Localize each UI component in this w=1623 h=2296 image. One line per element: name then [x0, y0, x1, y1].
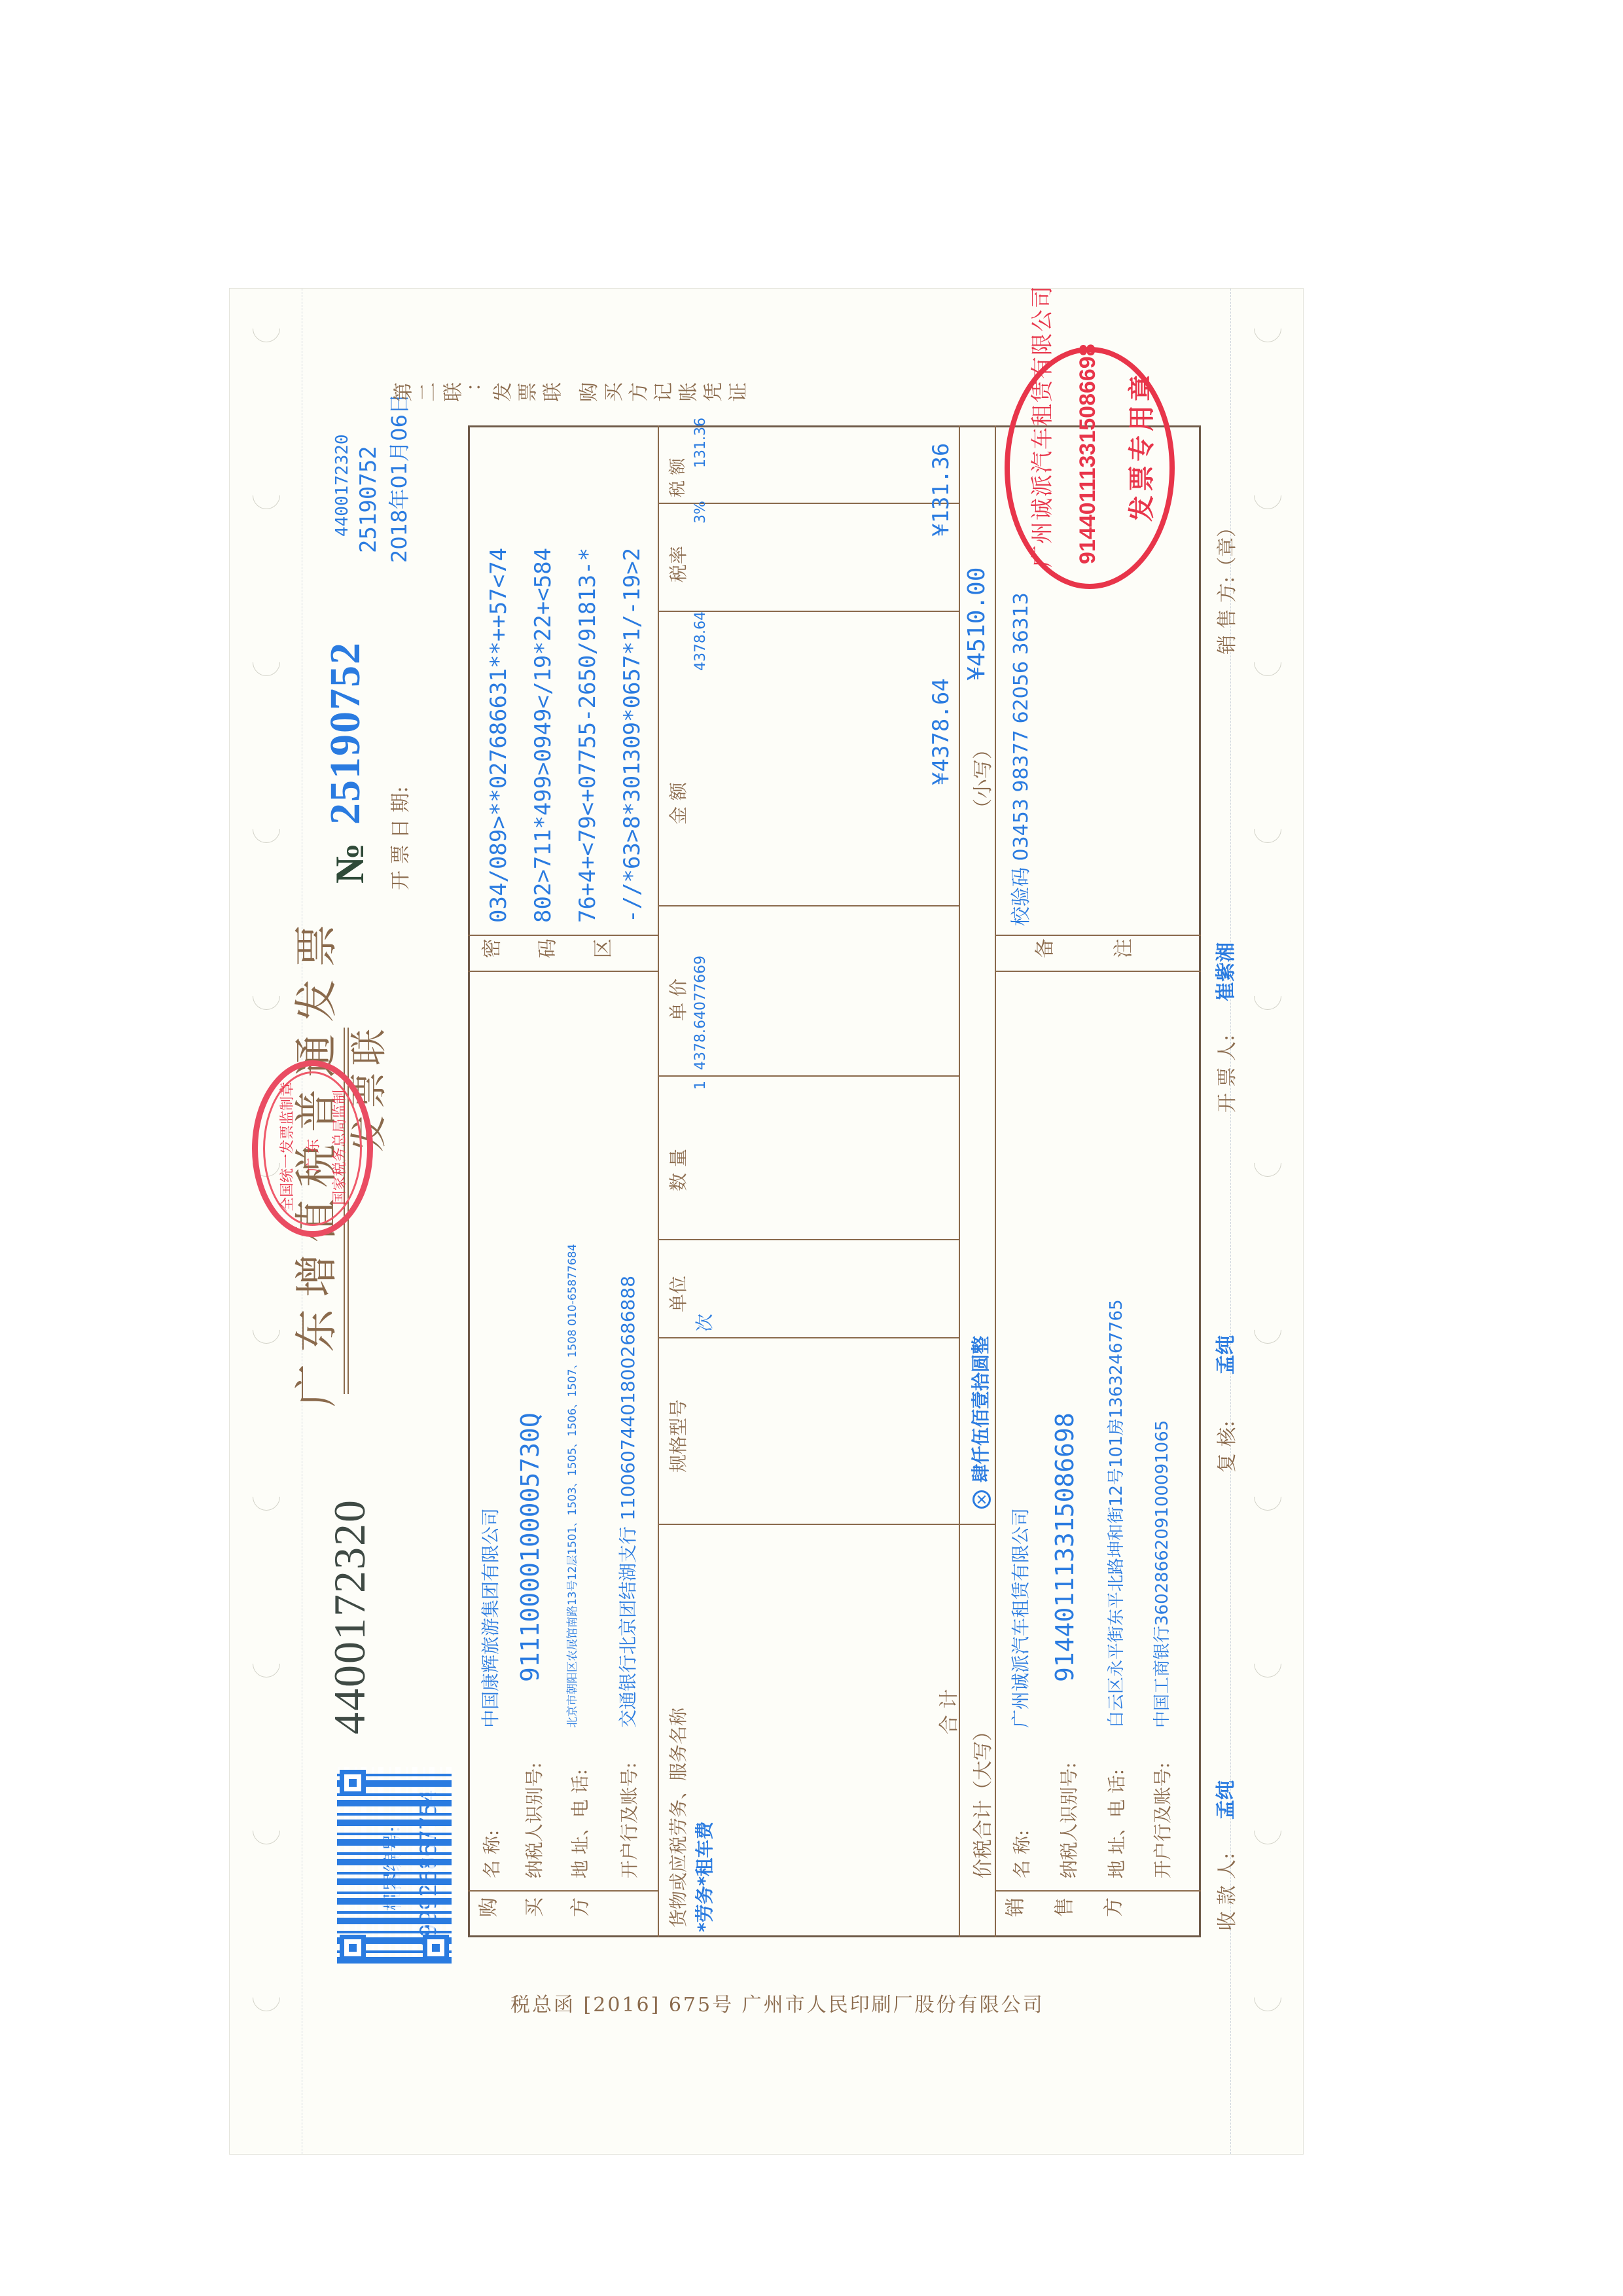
rule-buyer-bottom	[658, 425, 659, 1937]
grand-total-upper-label: 价税合计（大写）	[967, 1721, 995, 1878]
item-unit-price: 4378.64077669	[692, 956, 709, 1070]
seller-seal-bottom: 发票专用章	[1121, 371, 1158, 522]
seller-section-label: 销售方	[1005, 1895, 1152, 1924]
password-line: 802>711*499>0949</19*22+<584	[521, 548, 565, 923]
qr-finder-icon	[340, 1935, 366, 1961]
seller-seal-label: 销 售 方:（章）	[1211, 518, 1240, 655]
item-name: *劳务*租车费	[690, 1821, 717, 1932]
grand-total-lower-label: （小写）	[967, 740, 995, 818]
buyer-bank: 交通银行北京团结湖支行 110060744018002686888	[614, 1276, 640, 1728]
seller-seal-arc: 广州诚派汽车租赁有限公司	[1024, 285, 1056, 567]
rule-col-price	[658, 1075, 959, 1077]
password-line: -//*63>8*301309*0657*1/-19>2	[610, 548, 654, 923]
seller-name: 广州诚派汽车租赁有限公司	[1007, 1508, 1033, 1728]
payee-name: 孟纯	[1209, 1780, 1238, 1820]
printer-credit: 税总函 [2016] 675号 广州市人民印刷厂股份有限公司	[510, 1988, 1044, 2017]
invoice-code: 4400172320	[324, 1499, 376, 1734]
grand-total-upper: ✕肆仟伍佰壹拾圆整	[967, 1336, 993, 1509]
buyer-name: 中国康辉旅游集团有限公司	[476, 1508, 503, 1728]
seller-address: 白云区永平街东平北路坤和街12号101房13632467765	[1103, 1299, 1127, 1728]
invoice-body: 4400172320 机器编号: 499926867754 广东增值税普通发票 …	[229, 288, 1302, 2153]
issue-date-label: 开 票 日 期:	[384, 786, 413, 890]
item-unit: 次	[690, 1314, 717, 1332]
issue-date: 2018年01月06日	[383, 393, 413, 563]
buyer-address-label: 地 址、电 话:	[566, 1769, 592, 1878]
meta-invoice-code: 4400172320	[332, 434, 352, 537]
header-price: 单 价	[664, 978, 690, 1021]
seller-invoice-seal: 广州诚派汽车租赁有限公司 914401113315086698 发票专用章	[1005, 347, 1175, 589]
rule-col-qty	[658, 1239, 959, 1240]
password-line: 034/089>**027686631**++57<74	[476, 548, 521, 923]
seller-name-label: 名 称:	[1008, 1830, 1034, 1878]
check-code: 校验码 03453 98377 62056 36313	[1005, 592, 1033, 926]
rule-col-unit	[658, 1337, 959, 1338]
reviewer-label: 复 核:	[1211, 1420, 1240, 1473]
header-amount: 金 额	[664, 782, 690, 825]
rule-remark-left	[995, 971, 1201, 972]
payee-label: 收 款 人:	[1211, 1853, 1240, 1931]
tax-bureau-stamp-line3: 国家税务总局监制	[329, 1090, 349, 1205]
item-tax-amount: 131.36	[692, 418, 709, 468]
copy-label: 第二联：发票联 购买方记账凭证	[393, 380, 753, 409]
seller-tax-id-label: 纳税人识别号:	[1055, 1763, 1081, 1878]
tax-bureau-stamp-line2: 广 东	[302, 1139, 323, 1172]
rule-password-left	[468, 971, 658, 972]
header-qty: 数 量	[664, 1149, 690, 1191]
item-tax-rate: 3%	[692, 501, 709, 524]
total-label: 合 计	[933, 1689, 961, 1734]
item-qty: 1	[692, 1081, 709, 1090]
header-spec: 规格型号	[664, 1399, 690, 1473]
cross-circle-icon: ✕	[972, 1490, 991, 1509]
tax-bureau-stamp-line1: 全国统一发票监制章	[276, 1082, 296, 1211]
buyer-address: 北京市朝阳区农展馆南路13号12层1501、1503、1505、1506、150…	[566, 975, 579, 1728]
buyer-name-label: 名 称:	[478, 1830, 504, 1878]
issuer-label: 开 票 人:	[1211, 1035, 1240, 1113]
qr-finder-icon	[340, 1770, 366, 1796]
rule-remark-label	[995, 935, 1201, 936]
rule-col-amount	[658, 905, 959, 906]
issuer-name: 崔紫湘	[1209, 942, 1238, 1001]
grand-total-upper-value: 肆仟伍佰壹拾圆整	[970, 1336, 991, 1482]
total-tax: ¥131.36	[928, 443, 954, 537]
rule-password-label	[468, 935, 658, 936]
seller-seal-tax-id: 914401113315086698	[1075, 344, 1101, 564]
total-amount: ¥4378.64	[928, 678, 954, 785]
rule-total-bottom	[995, 425, 996, 1937]
buyer-tax-id-label: 纳税人识别号:	[520, 1763, 546, 1878]
header-item-name: 货物或应税劳务、服务名称	[664, 1708, 690, 1928]
rule-total-split	[959, 1524, 995, 1525]
number-prefix: №	[327, 843, 374, 884]
password-area: 034/089>**027686631**++57<74 802>711*499…	[476, 548, 654, 923]
meta-invoice-number: 25190752	[355, 446, 382, 553]
grand-total-lower: ¥4510.00	[963, 567, 990, 681]
qr-code	[337, 1767, 452, 1964]
seller-bank: 中国工商银行3602866209100091065	[1149, 1420, 1173, 1728]
tax-bureau-stamp: 全国统一发票监制章 广 东 国家税务总局监制	[252, 1060, 373, 1237]
rule-seller-label	[995, 1890, 1201, 1892]
seller-tax-id: 914401113315086698	[1050, 1412, 1079, 1682]
buyer-bank-label: 开户行及账号:	[615, 1763, 641, 1878]
password-line: 76+4+<79<+07755-2650/91813-*	[565, 548, 610, 923]
invoice-number: 25190752	[321, 641, 370, 825]
header-unit: 单位	[664, 1276, 690, 1312]
item-amount: 4378.64	[692, 611, 709, 671]
reviewer-name: 孟纯	[1209, 1335, 1238, 1374]
rule-buyer-label	[468, 1890, 658, 1892]
seller-address-label: 地 址、电 话:	[1103, 1769, 1129, 1878]
buyer-tax-id: 91110000100005730Q	[516, 1412, 544, 1682]
qr-finder-icon	[423, 1935, 449, 1961]
buyer-section-label: 购买方	[478, 1895, 615, 1924]
header-tax: 税 额	[664, 458, 688, 497]
header-rate: 税率	[664, 546, 690, 583]
seller-bank-label: 开户行及账号:	[1149, 1763, 1175, 1878]
remarks-label: 备注	[1034, 937, 1191, 965]
password-area-label: 密码区	[481, 937, 648, 965]
rule-col-spec	[658, 1524, 959, 1525]
